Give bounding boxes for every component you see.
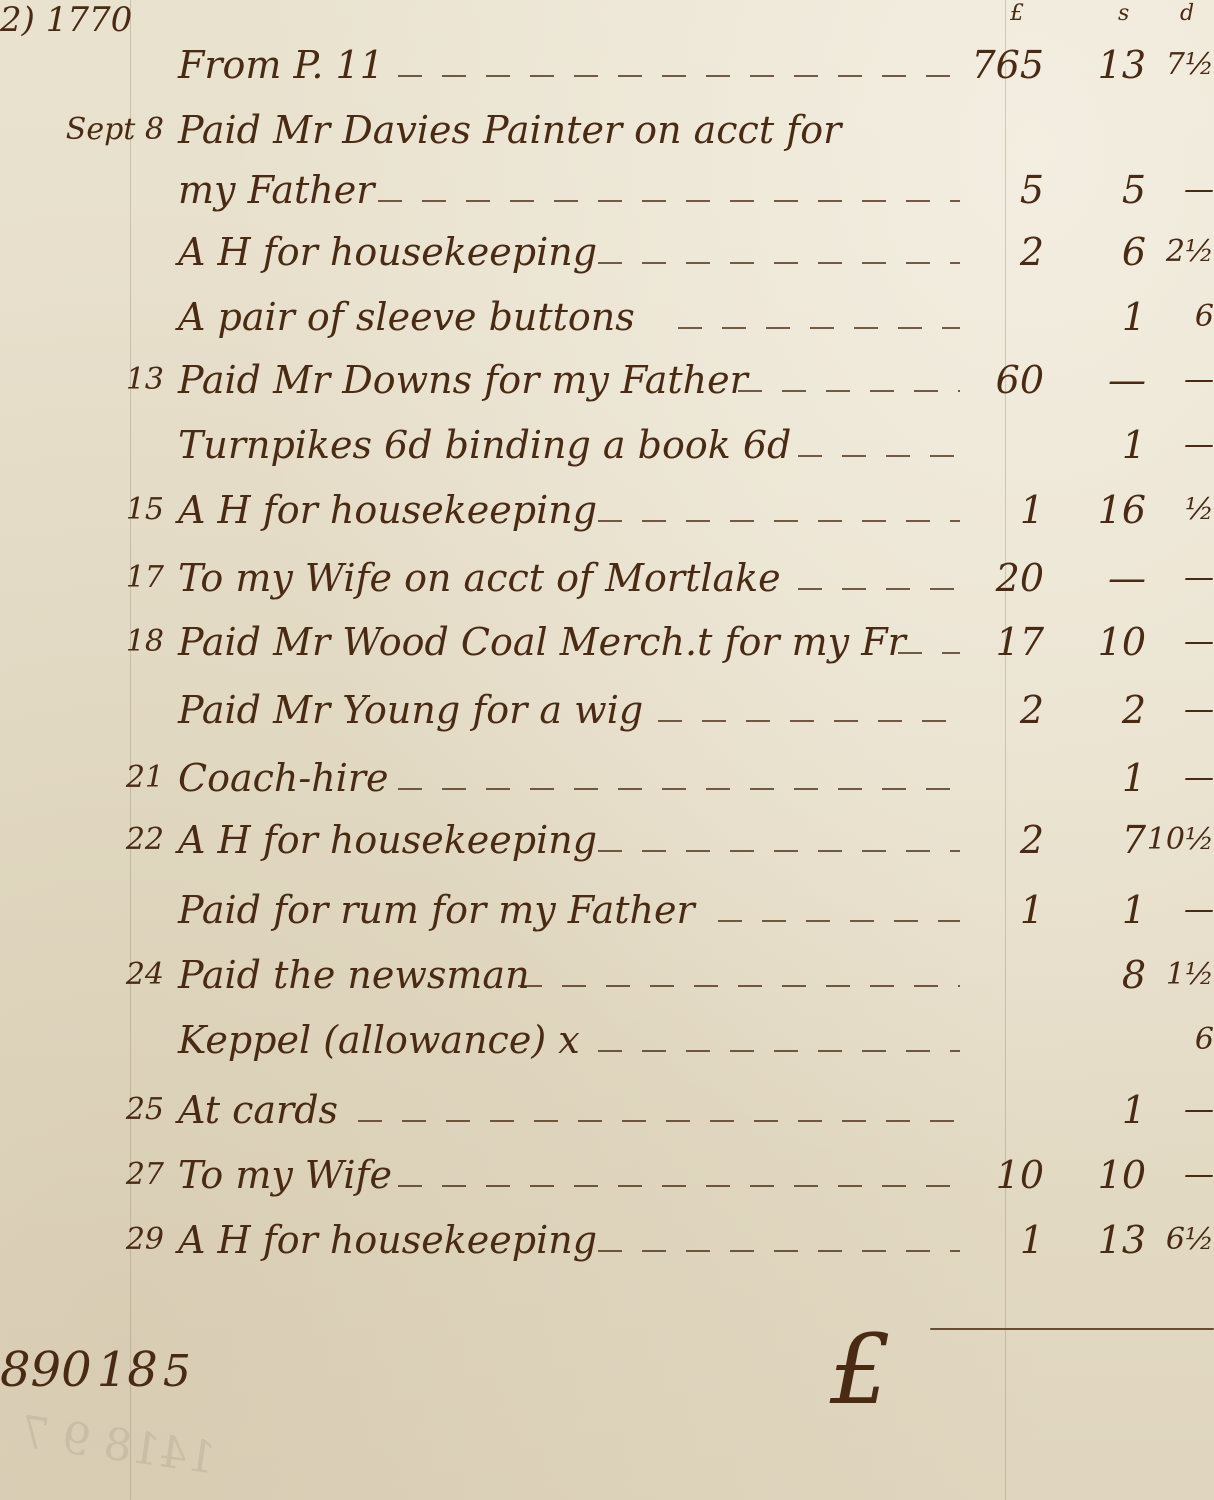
entry-pence: 2½ <box>1166 222 1214 282</box>
entry-pence: — <box>1184 880 1214 940</box>
entry-date: 18 <box>0 612 170 672</box>
ledger-row: Keppel (allowance) x6 <box>0 1010 1214 1070</box>
entry-pounds: 5 <box>1020 160 1044 220</box>
ledger-row: 29A H for housekeeping1136½ <box>0 1210 1214 1270</box>
entry-description: A pair of sleeve buttons <box>178 287 635 347</box>
page-marker: 2) <box>0 0 35 40</box>
ledger-row: 27To my Wife1010— <box>0 1145 1214 1205</box>
entry-pounds: 2 <box>1020 680 1044 740</box>
entry-description: Paid Mr Wood Coal Merch.t for my Fr <box>178 612 906 672</box>
entry-shillings: 5 <box>1122 160 1146 220</box>
dotted-leader <box>598 1050 960 1052</box>
entry-shillings: 8 <box>1122 945 1146 1005</box>
entry-pounds: 2 <box>1020 222 1044 282</box>
entry-pounds: 765 <box>971 35 1044 95</box>
ledger-row: Sept 8Paid Mr Davies Painter on acct for <box>0 100 1214 160</box>
ledger-row: Paid Mr Young for a wig22— <box>0 680 1214 740</box>
entry-shillings: 6 <box>1122 222 1146 282</box>
dotted-leader <box>898 652 960 654</box>
dotted-leader <box>658 720 960 722</box>
dotted-leader <box>398 1185 960 1187</box>
year: 1770 <box>46 0 133 40</box>
ledger-row: 15A H for housekeeping116½ <box>0 480 1214 540</box>
entry-date: 29 <box>0 1210 170 1270</box>
ledger-row: 13Paid Mr Downs for my Father60—— <box>0 350 1214 410</box>
dotted-leader <box>398 75 960 77</box>
ledger-row: 18Paid Mr Wood Coal Merch.t for my Fr171… <box>0 612 1214 672</box>
entry-date: 17 <box>0 548 170 608</box>
ledger-row: A pair of sleeve buttons16 <box>0 287 1214 347</box>
entry-date: Sept 8 <box>0 100 170 160</box>
entry-pounds: 1 <box>1020 1210 1044 1270</box>
entry-pence: 7½ <box>1166 35 1214 95</box>
entry-description: At cards <box>178 1080 338 1140</box>
entry-date: 21 <box>0 748 170 808</box>
entry-shillings: 10 <box>1098 612 1146 672</box>
entry-pounds: 1 <box>1020 480 1044 540</box>
entry-pence: — <box>1184 612 1214 672</box>
entry-shillings: 1 <box>1122 880 1146 940</box>
dotted-leader <box>718 920 960 922</box>
entry-pounds: 20 <box>996 548 1044 608</box>
entry-pence: — <box>1184 160 1214 220</box>
entry-description: Turnpikes 6d binding a book 6d <box>178 415 791 475</box>
entry-pence: 6 <box>1195 287 1214 347</box>
entry-pence: 10½ <box>1147 810 1214 870</box>
entry-description: A H for housekeeping <box>178 222 597 282</box>
entry-description: A H for housekeeping <box>178 480 597 540</box>
pence-header: d <box>1180 2 1194 26</box>
ledger-row: 24Paid the newsman81½ <box>0 945 1214 1005</box>
pound-sign: £ <box>830 1320 891 1420</box>
ledger-row: From P. 11765137½ <box>0 35 1214 95</box>
ledger-row: 22A H for housekeeping2710½ <box>0 810 1214 870</box>
shillings-header: s <box>1118 2 1129 26</box>
entry-pounds: 10 <box>996 1145 1044 1205</box>
entry-description: Paid Mr Downs for my Father <box>178 350 748 410</box>
entry-shillings: 16 <box>1098 480 1146 540</box>
bleedthrough-text: 1418 9 7 <box>17 1407 218 1485</box>
entry-description: To my Wife <box>178 1145 392 1205</box>
dotted-leader <box>598 850 960 852</box>
entry-date: 15 <box>0 480 170 540</box>
dotted-leader <box>678 327 960 329</box>
entry-description: A H for housekeeping <box>178 1210 597 1270</box>
ledger-row: my Father55— <box>0 160 1214 220</box>
entry-date: 25 <box>0 1080 170 1140</box>
entry-pence: — <box>1184 1080 1214 1140</box>
ledger-row: 21Coach-hire1— <box>0 748 1214 808</box>
entry-shillings: 2 <box>1122 680 1146 740</box>
entry-description: Paid Mr Young for a wig <box>178 680 643 740</box>
ledger-row: 17To my Wife on acct of Mortlake20—— <box>0 548 1214 608</box>
entry-description: Paid Mr Davies Painter on acct for <box>178 100 841 160</box>
entry-pence: — <box>1184 548 1214 608</box>
entry-pence: 1½ <box>1166 945 1214 1005</box>
page-year-header: 2) 1770 <box>0 0 132 40</box>
entry-date: 24 <box>0 945 170 1005</box>
entry-pence: 6½ <box>1166 1210 1214 1270</box>
entry-description: Paid the newsman <box>178 945 530 1005</box>
entry-shillings: — <box>1108 548 1146 608</box>
dotted-leader <box>598 520 960 522</box>
dotted-leader <box>378 200 960 202</box>
entry-pounds: 60 <box>996 350 1044 410</box>
entry-description: From P. 11 <box>178 35 384 95</box>
entry-date: 27 <box>0 1145 170 1205</box>
entry-pounds: 2 <box>1020 810 1044 870</box>
dotted-leader <box>738 390 960 392</box>
dotted-leader <box>798 455 960 457</box>
dotted-leader <box>598 262 960 264</box>
entry-description: To my Wife on acct of Mortlake <box>178 548 781 608</box>
entry-shillings: 10 <box>1098 1145 1146 1205</box>
dotted-leader <box>518 985 960 987</box>
entry-pounds: 1 <box>1020 880 1044 940</box>
ledger-row: 25At cards1— <box>0 1080 1214 1140</box>
dotted-leader <box>358 1120 960 1122</box>
dotted-leader <box>398 788 960 790</box>
entry-shillings: 1 <box>1122 287 1146 347</box>
entry-pence: — <box>1184 415 1214 475</box>
entry-description: my Father <box>178 160 374 220</box>
dotted-leader <box>598 1250 960 1252</box>
entry-pence: — <box>1184 350 1214 410</box>
ledger-total: £ 890 18 5 <box>0 1330 1214 1410</box>
entry-description: A H for housekeeping <box>178 810 597 870</box>
total-pence: 5 <box>163 1346 191 1397</box>
entry-description: Keppel (allowance) x <box>178 1010 580 1070</box>
entry-pence: ½ <box>1185 480 1214 540</box>
pounds-header: £ <box>1010 2 1024 26</box>
entry-shillings: — <box>1108 350 1146 410</box>
entry-shillings: 13 <box>1098 1210 1146 1270</box>
entry-shillings: 13 <box>1098 35 1146 95</box>
entry-shillings: 1 <box>1122 415 1146 475</box>
entry-shillings: 1 <box>1122 1080 1146 1140</box>
entry-pence: — <box>1184 748 1214 808</box>
total-shillings: 18 <box>97 1342 158 1398</box>
ledger-row: A H for housekeeping262½ <box>0 222 1214 282</box>
entry-shillings: 1 <box>1122 748 1146 808</box>
entry-pence: — <box>1184 680 1214 740</box>
total-pounds: 890 <box>0 1342 92 1398</box>
entry-description: Coach-hire <box>178 748 388 808</box>
entry-date: 22 <box>0 810 170 870</box>
ledger-row: Paid for rum for my Father11— <box>0 880 1214 940</box>
entry-date: 13 <box>0 350 170 410</box>
ledger-row: Turnpikes 6d binding a book 6d1— <box>0 415 1214 475</box>
entry-description: Paid for rum for my Father <box>178 880 695 940</box>
entry-pounds: 17 <box>996 612 1044 672</box>
dotted-leader <box>798 588 960 590</box>
entry-pence: — <box>1184 1145 1214 1205</box>
entry-shillings: 7 <box>1122 810 1146 870</box>
ledger-page: 2) 1770 £ s d From P. 11765137½Sept 8Pai… <box>0 0 1214 1500</box>
entry-pence: 6 <box>1195 1010 1214 1070</box>
